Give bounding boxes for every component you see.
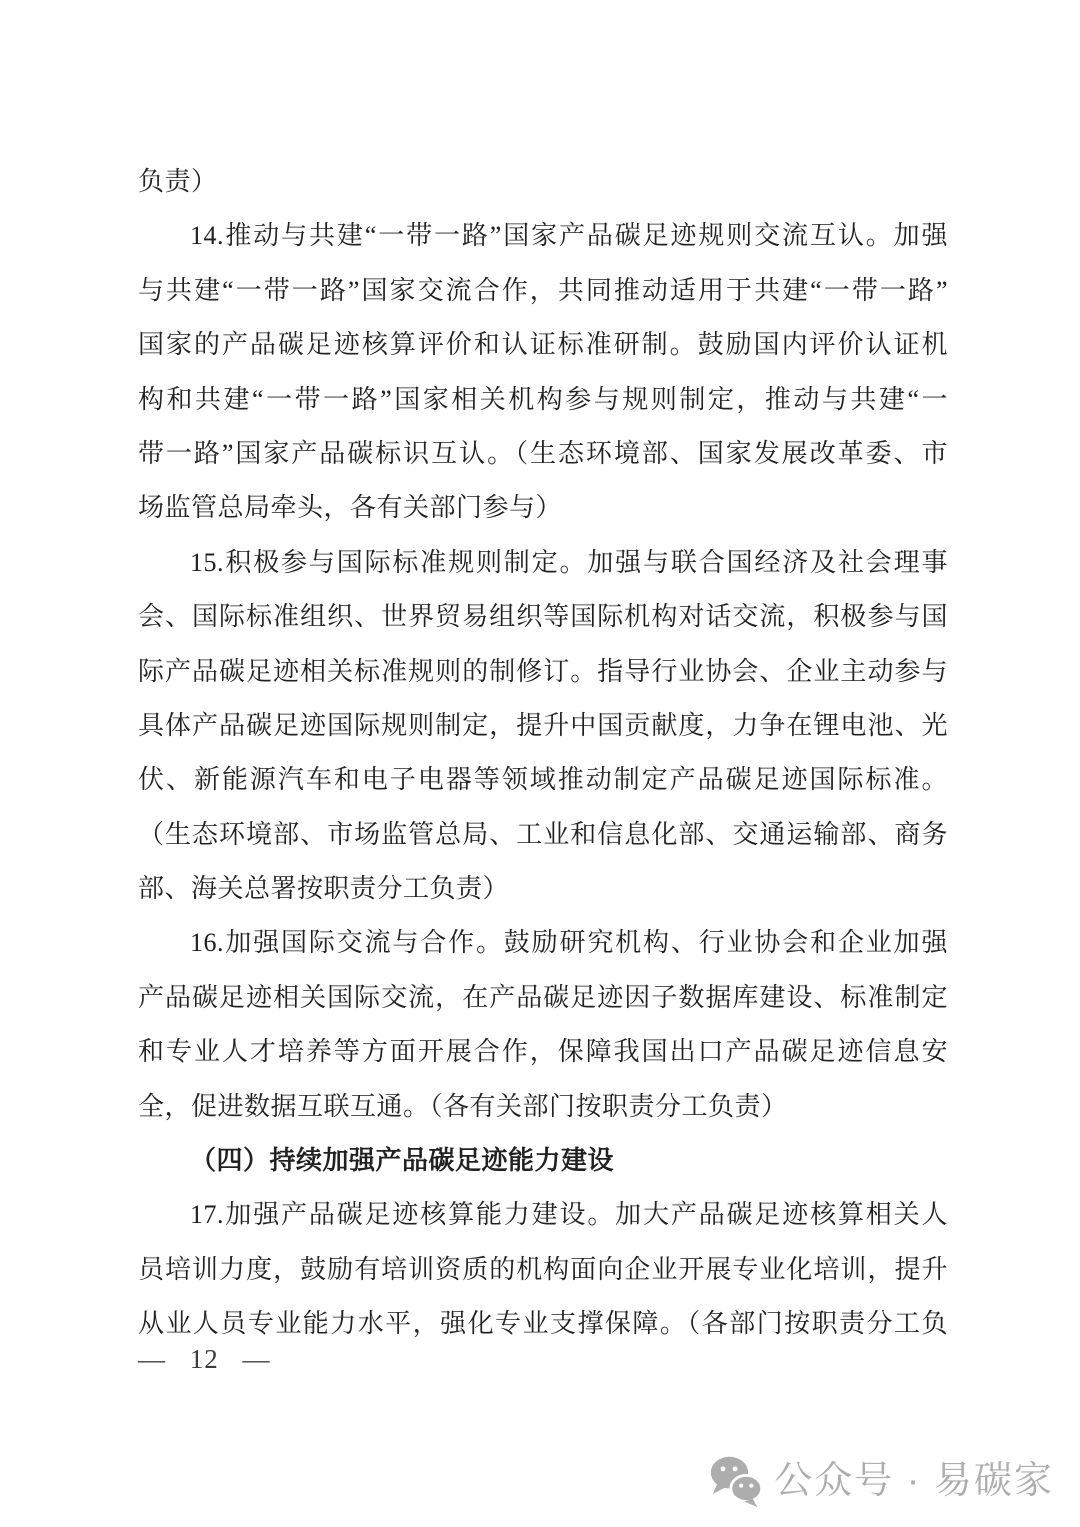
text-line: 产品碳足迹相关国际交流，在产品碳足迹因子数据库建设、标准制定 xyxy=(138,971,948,1025)
text-line: 会、国际标准组织、世界贸易组织等国际机构对话交流，积极参与国 xyxy=(138,590,948,644)
section-heading-4: （四）持续加强产品碳足迹能力建设 xyxy=(138,1134,948,1188)
wechat-icon xyxy=(708,1453,764,1509)
footer-watermark: 公众号 · 易碳家 xyxy=(708,1453,1054,1509)
page-number: — 12 — xyxy=(138,1342,271,1376)
text-line: 部、海关总署按职责分工负责） xyxy=(138,862,948,916)
text-line: 17.加强产品碳足迹核算能力建设。加大产品碳足迹核算相关人 xyxy=(138,1188,948,1242)
paragraph-13-continuation: 负责） xyxy=(138,155,948,209)
text-line: 国家的产品碳足迹核算评价和认证标准研制。鼓励国内评价认证机 xyxy=(138,318,948,372)
text-line: 15.积极参与国际标准规则制定。加强与联合国经济及社会理事 xyxy=(138,536,948,590)
text-line: （生态环境部、市场监管总局、工业和信息化部、交通运输部、商务 xyxy=(138,808,948,862)
text-line: 伏、新能源汽车和电子电器等领域推动制定产品碳足迹国际标准。 xyxy=(138,753,948,807)
text-line: 具体产品碳足迹国际规则制定，提升中国贡献度，力争在锂电池、光 xyxy=(138,699,948,753)
document-body: 负责） 14.推动与共建“一带一路”国家产品碳足迹规则交流互认。加强 与共建“一… xyxy=(138,155,948,1352)
text-line: 场监管总局牵头，各有关部门参与） xyxy=(138,481,948,535)
watermark-label: 公众号 · 易碳家 xyxy=(774,1453,1054,1509)
paragraph-16: 16.加强国际交流与合作。鼓励研究机构、行业协会和企业加强 产品碳足迹相关国际交… xyxy=(138,916,948,1134)
section-heading-text: （四）持续加强产品碳足迹能力建设 xyxy=(138,1134,948,1188)
paragraph-14: 14.推动与共建“一带一路”国家产品碳足迹规则交流互认。加强 与共建“一带一路”… xyxy=(138,209,948,535)
text-line: 负责） xyxy=(138,155,948,209)
text-line: 全，促进数据互联互通。（各有关部门按职责分工负责） xyxy=(138,1080,948,1134)
text-line: 16.加强国际交流与合作。鼓励研究机构、行业协会和企业加强 xyxy=(138,916,948,970)
paragraph-17: 17.加强产品碳足迹核算能力建设。加大产品碳足迹核算相关人 员培训力度，鼓励有培… xyxy=(138,1188,948,1351)
text-line: 际产品碳足迹相关标准规则的制修订。指导行业协会、企业主动参与 xyxy=(138,645,948,699)
document-page: 负责） 14.推动与共建“一带一路”国家产品碳足迹规则交流互认。加强 与共建“一… xyxy=(0,0,1080,1527)
text-line: 员培训力度，鼓励有培训资质的机构面向企业开展专业化培训，提升 xyxy=(138,1243,948,1297)
text-line: 和专业人才培养等方面开展合作，保障我国出口产品碳足迹信息安 xyxy=(138,1025,948,1079)
text-line: 14.推动与共建“一带一路”国家产品碳足迹规则交流互认。加强 xyxy=(138,209,948,263)
paragraph-15: 15.积极参与国际标准规则制定。加强与联合国经济及社会理事 会、国际标准组织、世… xyxy=(138,536,948,917)
text-line: 与共建“一带一路”国家交流合作，共同推动适用于共建“一带一路” xyxy=(138,264,948,318)
text-line: 带一路”国家产品碳标识互认。（生态环境部、国家发展改革委、市 xyxy=(138,427,948,481)
text-line: 构和共建“一带一路”国家相关机构参与规则制定，推动与共建“一 xyxy=(138,373,948,427)
